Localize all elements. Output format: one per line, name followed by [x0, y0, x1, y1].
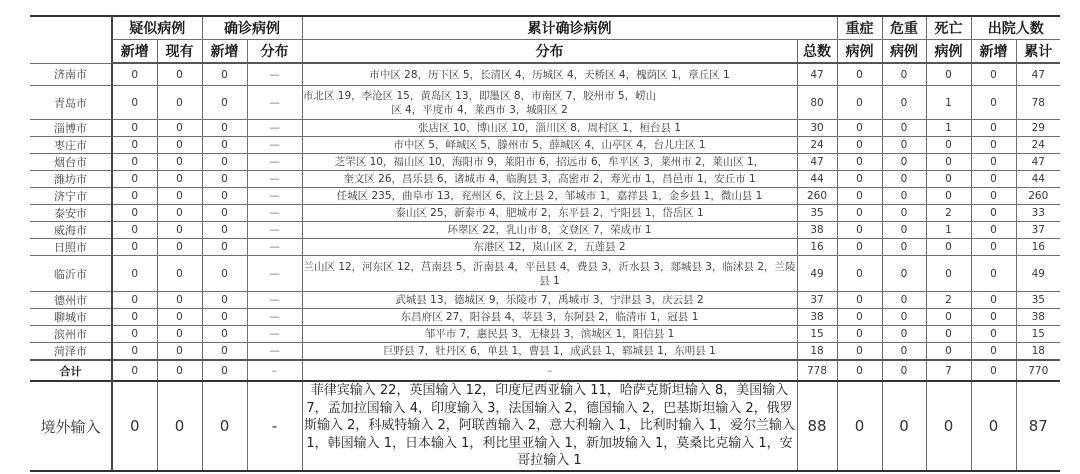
discharged-total: 33 — [1016, 205, 1060, 222]
critical: 0 — [882, 292, 926, 309]
suspected-current: 0 — [157, 171, 202, 188]
cumulative-total: 18 — [797, 343, 837, 361]
severe: 0 — [837, 292, 882, 309]
death: 0 — [926, 326, 971, 343]
city-name: 滨州市 — [30, 326, 112, 343]
cumulative-dist: 芝罘区 10，福山区 10，海阳市 9，莱阳市 6，招远市 6，牟平区 3，莱州… — [302, 154, 797, 171]
suspected-new: 0 — [112, 326, 157, 343]
cumulative-dist: 市北区 19，李沧区 15，黄岛区 13，即墨区 8，市南区 7，胶州市 5，崂… — [302, 86, 797, 120]
discharged-total: 260 — [1016, 188, 1060, 205]
confirmed-dist: — — [247, 154, 302, 171]
header-cumulative-total: 总数 — [797, 40, 837, 64]
header-confirmed-dist: 分布 — [247, 40, 302, 64]
header-critical-top: 危重 — [882, 16, 926, 40]
header-discharged: 出院人数 — [971, 16, 1060, 40]
suspected-new: 0 — [112, 256, 157, 292]
critical: 0 — [882, 154, 926, 171]
discharged-total: 24 — [1016, 137, 1060, 154]
cumulative-dist: 张店区 10，博山区 10，淄川区 8，周村区 1，桓台县 1 — [302, 120, 797, 137]
death: 0 — [926, 381, 971, 471]
confirmed-new: 0 — [202, 222, 247, 239]
discharged-new: 0 — [971, 154, 1016, 171]
table-row: 德州市 0 0 0 — 武城县 13，德城区 9，乐陵市 7，禹城市 3，宁津县… — [30, 292, 1060, 309]
city-name: 济南市 — [30, 63, 112, 86]
cumulative-total: 37 — [797, 292, 837, 309]
table-row: 青岛市 0 0 0 — 市北区 19，李沧区 15，黄岛区 13，即墨区 8，市… — [30, 86, 1060, 120]
total-row: 合计 0 0 0 – – 778 0 0 7 0 770 — [30, 360, 1060, 381]
discharged-new: 0 — [971, 120, 1016, 137]
death: 0 — [926, 343, 971, 361]
critical: 0 — [882, 120, 926, 137]
suspected-new: 0 — [112, 381, 157, 471]
severe: 0 — [837, 309, 882, 326]
header-discharged-new: 新增 — [971, 40, 1016, 64]
death: 0 — [926, 256, 971, 292]
overseas-row: 境外输入 0 0 0 - 菲律宾输入 22，英国输入 12，印度尼西亚输入 11… — [30, 381, 1060, 471]
header-confirmed-new: 新增 — [202, 40, 247, 64]
critical: 0 — [882, 326, 926, 343]
discharged-new: 0 — [971, 381, 1016, 471]
table-row: 临沂市 0 0 0 — 兰山区 12，河东区 12，莒南县 5，沂南县 4，平邑… — [30, 256, 1060, 292]
discharged-new: 0 — [971, 171, 1016, 188]
confirmed-dist: - — [247, 381, 302, 471]
cumulative-dist: 环翠区 22，乳山市 8，文登区 7，荣成市 1 — [302, 222, 797, 239]
suspected-new: 0 — [112, 222, 157, 239]
table-row: 济南市 0 0 0 — 市中区 28，历下区 5，长清区 4，历城区 4，天桥区… — [30, 63, 1060, 86]
city-name: 枣庄市 — [30, 137, 112, 154]
cumulative-total: 24 — [797, 137, 837, 154]
discharged-total: 47 — [1016, 154, 1060, 171]
discharged-new: 0 — [971, 343, 1016, 361]
death: 0 — [926, 154, 971, 171]
severe: 0 — [837, 63, 882, 86]
confirmed-dist: — — [247, 205, 302, 222]
suspected-new: 0 — [112, 137, 157, 154]
city-name: 淄博市 — [30, 120, 112, 137]
confirmed-new: 0 — [202, 256, 247, 292]
death: 0 — [926, 171, 971, 188]
cumulative-total: 30 — [797, 120, 837, 137]
critical: 0 — [882, 222, 926, 239]
discharged-total: 15 — [1016, 326, 1060, 343]
confirmed-dist: — — [247, 63, 302, 86]
city-name: 济宁市 — [30, 188, 112, 205]
severe: 0 — [837, 120, 882, 137]
suspected-new: 0 — [112, 360, 157, 381]
cumulative-total: 49 — [797, 256, 837, 292]
cumulative-dist: 任城区 235，曲阜市 13，兖州区 6，汶上县 2，邹城市 1，嘉祥县 1，金… — [302, 188, 797, 205]
death: 0 — [926, 63, 971, 86]
severe: 0 — [837, 326, 882, 343]
confirmed-new: 0 — [202, 205, 247, 222]
suspected-current: 0 — [157, 309, 202, 326]
header-suspected: 疑似病例 — [112, 16, 202, 40]
death: 0 — [926, 188, 971, 205]
confirmed-new: 0 — [202, 239, 247, 256]
discharged-total: 770 — [1016, 360, 1060, 381]
discharged-new: 0 — [971, 63, 1016, 86]
cumulative-dist: 武城县 13，德城区 9，乐陵市 7，禹城市 3，宁津县 3，庆云县 2 — [302, 292, 797, 309]
table-row: 潍坊市 0 0 0 — 奎文区 26，昌乐县 6，诸城市 4，临朐县 3，高密市… — [30, 171, 1060, 188]
severe: 0 — [837, 205, 882, 222]
confirmed-new: 0 — [202, 137, 247, 154]
header-city-blank — [30, 16, 112, 63]
overseas-label: 境外输入 — [30, 381, 112, 471]
cumulative-dist: 菲律宾输入 22，英国输入 12，印度尼西亚输入 11，哈萨克斯坦输入 8，美国… — [302, 381, 797, 471]
table-row: 烟台市 0 0 0 — 芝罘区 10，福山区 10，海阳市 9，莱阳市 6，招远… — [30, 154, 1060, 171]
header-cumulative: 累计确诊病例 — [302, 16, 837, 40]
cumulative-dist: 泰山区 25，新泰市 4，肥城市 2，东平县 2，宁阳县 1，岱岳区 1 — [302, 205, 797, 222]
discharged-total: 18 — [1016, 343, 1060, 361]
city-name: 日照市 — [30, 239, 112, 256]
suspected-current: 0 — [157, 86, 202, 120]
critical: 0 — [882, 239, 926, 256]
header-critical-bottom: 病例 — [882, 40, 926, 64]
death: 0 — [926, 309, 971, 326]
table-row: 聊城市 0 0 0 — 东昌府区 27，阳谷县 4，莘县 3，东阿县 2，临清市… — [30, 309, 1060, 326]
discharged-new: 0 — [971, 326, 1016, 343]
critical: 0 — [882, 309, 926, 326]
suspected-new: 0 — [112, 239, 157, 256]
confirmed-dist: — — [247, 222, 302, 239]
severe: 0 — [837, 137, 882, 154]
suspected-current: 0 — [157, 256, 202, 292]
confirmed-new: 0 — [202, 292, 247, 309]
suspected-current: 0 — [157, 326, 202, 343]
confirmed-new: 0 — [202, 63, 247, 86]
header-death-top: 死亡 — [926, 16, 971, 40]
header-cumulative-dist: 分布 — [302, 40, 797, 64]
critical: 0 — [882, 381, 926, 471]
table-row: 淄博市 0 0 0 — 张店区 10，博山区 10，淄川区 8，周村区 1，桓台… — [30, 120, 1060, 137]
confirmed-new: 0 — [202, 326, 247, 343]
critical: 0 — [882, 256, 926, 292]
cumulative-total: 44 — [797, 171, 837, 188]
cumulative-total: 16 — [797, 239, 837, 256]
critical: 0 — [882, 137, 926, 154]
confirmed-dist: — — [247, 86, 302, 120]
death: 7 — [926, 360, 971, 381]
cumulative-dist: 市中区 28，历下区 5，长清区 4，历城区 4，天桥区 4，槐荫区 1，章丘区… — [302, 63, 797, 86]
cumulative-total: 47 — [797, 154, 837, 171]
confirmed-dist: – — [247, 360, 302, 381]
severe: 0 — [837, 381, 882, 471]
cumulative-dist: 东昌府区 27，阳谷县 4，莘县 3，东阿县 2，临清市 1，冠县 1 — [302, 309, 797, 326]
death: 2 — [926, 292, 971, 309]
header-death-bottom: 病例 — [926, 40, 971, 64]
confirmed-dist: — — [247, 239, 302, 256]
death: 1 — [926, 120, 971, 137]
cumulative-dist: 市中区 5，峄城区 5，滕州市 5，薛城区 4，山亭区 4，台儿庄区 1 — [302, 137, 797, 154]
header-suspected-current: 现有 — [157, 40, 202, 64]
severe: 0 — [837, 222, 882, 239]
header-discharged-total: 累计 — [1016, 40, 1060, 64]
suspected-new: 0 — [112, 188, 157, 205]
discharged-new: 0 — [971, 222, 1016, 239]
confirmed-dist: — — [247, 343, 302, 361]
cumulative-dist: 巨野县 7，牡丹区 6，单县 1，曹县 1，成武县 1，郓城县 1，东明县 1 — [302, 343, 797, 361]
critical: 0 — [882, 171, 926, 188]
discharged-total: 35 — [1016, 292, 1060, 309]
discharged-total: 49 — [1016, 256, 1060, 292]
header-suspected-new: 新增 — [112, 40, 157, 64]
confirmed-new: 0 — [202, 309, 247, 326]
discharged-total: 47 — [1016, 63, 1060, 86]
critical: 0 — [882, 360, 926, 381]
header-severe-top: 重症 — [837, 16, 882, 40]
suspected-new: 0 — [112, 86, 157, 120]
table-row: 枣庄市 0 0 0 — 市中区 5，峄城区 5，滕州市 5，薛城区 4，山亭区 … — [30, 137, 1060, 154]
city-name: 临沂市 — [30, 256, 112, 292]
cumulative-total: 88 — [797, 381, 837, 471]
confirmed-dist: — — [247, 326, 302, 343]
cumulative-total: 80 — [797, 86, 837, 120]
suspected-new: 0 — [112, 343, 157, 361]
cumulative-dist: – — [302, 360, 797, 381]
discharged-total: 37 — [1016, 222, 1060, 239]
suspected-current: 0 — [157, 292, 202, 309]
confirmed-dist: — — [247, 256, 302, 292]
suspected-new: 0 — [112, 171, 157, 188]
death: 0 — [926, 137, 971, 154]
death: 1 — [926, 86, 971, 120]
suspected-current: 0 — [157, 360, 202, 381]
death: 0 — [926, 239, 971, 256]
cumulative-total: 15 — [797, 326, 837, 343]
critical: 0 — [882, 205, 926, 222]
table-header: 疑似病例 确诊病例 累计确诊病例 重症 危重 死亡 出院人数 新增 现有 新增 … — [30, 16, 1060, 63]
discharged-total: 38 — [1016, 309, 1060, 326]
suspected-current: 0 — [157, 154, 202, 171]
discharged-new: 0 — [971, 360, 1016, 381]
cumulative-total: 47 — [797, 63, 837, 86]
confirmed-new: 0 — [202, 171, 247, 188]
confirmed-dist: — — [247, 292, 302, 309]
suspected-new: 0 — [112, 292, 157, 309]
discharged-new: 0 — [971, 256, 1016, 292]
city-name: 烟台市 — [30, 154, 112, 171]
suspected-new: 0 — [112, 120, 157, 137]
cumulative-dist: 奎文区 26，昌乐县 6，诸城市 4，临朐县 3，高密市 2，寿光市 1，昌邑市… — [302, 171, 797, 188]
discharged-new: 0 — [971, 188, 1016, 205]
confirmed-dist: — — [247, 188, 302, 205]
discharged-total: 87 — [1016, 381, 1060, 471]
cumulative-dist: 兰山区 12，河东区 12，莒南县 5，沂南县 4，平邑县 4，费县 3，沂水县… — [302, 256, 797, 292]
confirmed-new: 0 — [202, 381, 247, 471]
table-row: 滨州市 0 0 0 — 邹平市 7，惠民县 3，无棣县 3，滨城区 1，阳信县 … — [30, 326, 1060, 343]
city-name: 泰安市 — [30, 205, 112, 222]
confirmed-new: 0 — [202, 86, 247, 120]
city-name: 潍坊市 — [30, 171, 112, 188]
critical: 0 — [882, 188, 926, 205]
discharged-total: 16 — [1016, 239, 1060, 256]
suspected-current: 0 — [157, 137, 202, 154]
cumulative-total: 260 — [797, 188, 837, 205]
city-name: 菏泽市 — [30, 343, 112, 361]
suspected-new: 0 — [112, 154, 157, 171]
city-name: 威海市 — [30, 222, 112, 239]
discharged-new: 0 — [971, 137, 1016, 154]
cumulative-total: 38 — [797, 222, 837, 239]
severe: 0 — [837, 86, 882, 120]
suspected-new: 0 — [112, 205, 157, 222]
discharged-new: 0 — [971, 309, 1016, 326]
table-row: 日照市 0 0 0 — 东港区 12，岚山区 2，五莲县 2 16 0 0 0 … — [30, 239, 1060, 256]
discharged-new: 0 — [971, 292, 1016, 309]
severe: 0 — [837, 239, 882, 256]
confirmed-dist: — — [247, 309, 302, 326]
suspected-current: 0 — [157, 120, 202, 137]
discharged-new: 0 — [971, 86, 1016, 120]
confirmed-dist: — — [247, 171, 302, 188]
confirmed-new: 0 — [202, 360, 247, 381]
city-name: 聊城市 — [30, 309, 112, 326]
city-name: 德州市 — [30, 292, 112, 309]
confirmed-new: 0 — [202, 120, 247, 137]
table-body: 济南市 0 0 0 — 市中区 28，历下区 5，长清区 4，历城区 4，天桥区… — [30, 63, 1060, 471]
severe: 0 — [837, 360, 882, 381]
table-row: 泰安市 0 0 0 — 泰山区 25，新泰市 4，肥城市 2，东平县 2，宁阳县… — [30, 205, 1060, 222]
severe: 0 — [837, 171, 882, 188]
suspected-current: 0 — [157, 343, 202, 361]
cumulative-dist: 东港区 12，岚山区 2，五莲县 2 — [302, 239, 797, 256]
covid-case-table: 疑似病例 确诊病例 累计确诊病例 重症 危重 死亡 出院人数 新增 现有 新增 … — [30, 15, 1060, 472]
table-row: 菏泽市 0 0 0 — 巨野县 7，牡丹区 6，单县 1，曹县 1，成武县 1，… — [30, 343, 1060, 361]
city-name: 青岛市 — [30, 86, 112, 120]
confirmed-new: 0 — [202, 188, 247, 205]
confirmed-dist: — — [247, 137, 302, 154]
discharged-total: 78 — [1016, 86, 1060, 120]
table-row: 威海市 0 0 0 — 环翠区 22，乳山市 8，文登区 7，荣成市 1 38 … — [30, 222, 1060, 239]
suspected-current: 0 — [157, 63, 202, 86]
cumulative-total: 778 — [797, 360, 837, 381]
severe: 0 — [837, 343, 882, 361]
total-label: 合计 — [30, 360, 112, 381]
severe: 0 — [837, 188, 882, 205]
suspected-current: 0 — [157, 239, 202, 256]
header-confirmed: 确诊病例 — [202, 16, 302, 40]
suspected-current: 0 — [157, 381, 202, 471]
cumulative-dist: 邹平市 7，惠民县 3，无棣县 3，滨城区 1，阳信县 1 — [302, 326, 797, 343]
discharged-new: 0 — [971, 205, 1016, 222]
suspected-current: 0 — [157, 188, 202, 205]
critical: 0 — [882, 86, 926, 120]
suspected-new: 0 — [112, 63, 157, 86]
table-row: 济宁市 0 0 0 — 任城区 235，曲阜市 13，兖州区 6，汶上县 2，邹… — [30, 188, 1060, 205]
death: 2 — [926, 205, 971, 222]
discharged-total: 44 — [1016, 171, 1060, 188]
confirmed-new: 0 — [202, 343, 247, 361]
severe: 0 — [837, 256, 882, 292]
cumulative-total: 38 — [797, 309, 837, 326]
confirmed-dist: — — [247, 120, 302, 137]
discharged-new: 0 — [971, 239, 1016, 256]
suspected-current: 0 — [157, 205, 202, 222]
confirmed-new: 0 — [202, 154, 247, 171]
severe: 0 — [837, 154, 882, 171]
death: 1 — [926, 222, 971, 239]
suspected-new: 0 — [112, 309, 157, 326]
critical: 0 — [882, 63, 926, 86]
cumulative-total: 35 — [797, 205, 837, 222]
critical: 0 — [882, 343, 926, 361]
discharged-total: 29 — [1016, 120, 1060, 137]
header-severe-bottom: 病例 — [837, 40, 882, 64]
suspected-current: 0 — [157, 222, 202, 239]
